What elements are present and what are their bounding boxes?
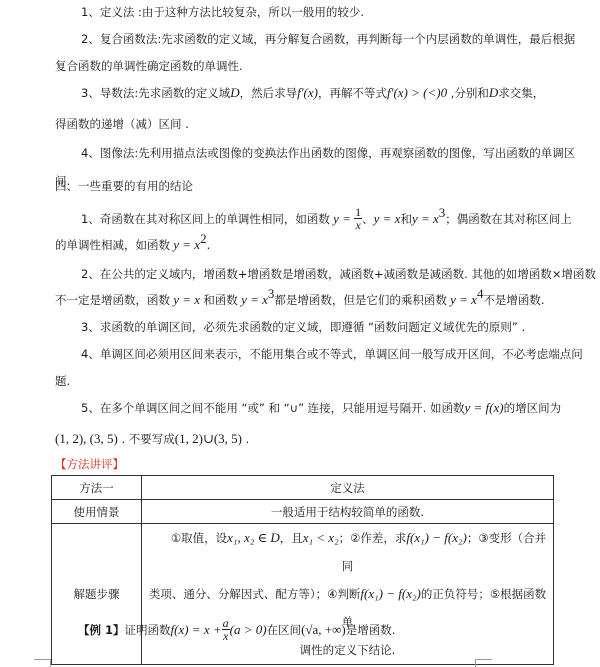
math-inequality: f′(x) > (<)0: [387, 85, 447, 100]
math-eq: y = x: [170, 292, 203, 307]
math-eq: y = x: [374, 211, 401, 226]
text: 1、奇函数在其对称区间上的单调性相同，如函数: [81, 212, 330, 226]
conclusion-5-line: 5、在多个单调区间之间不能用 “或” 和 “∪” 连接，只能用逗号隔开. 如函数…: [81, 400, 561, 416]
method-3-line: 3、导数法:先求函数的定义域D，然后求导f′(x)，再解不等式f′(x) > (…: [81, 85, 544, 101]
example-label: 【例 1】: [78, 623, 125, 637]
text: 是增函数.: [346, 623, 396, 637]
method-name: 复合函数法: [100, 32, 158, 46]
table-cell-value: 一般适用于结构较简单的函数.: [142, 500, 554, 524]
text: 和函数: [203, 293, 238, 307]
math-union: (1, 2)∪(3, 5): [175, 431, 242, 446]
math-eq: y = f(x): [465, 400, 504, 415]
text: 都是增函数，但是它们的乘积函数: [274, 293, 447, 307]
text: 、: [362, 212, 374, 226]
method-name: 导数法: [100, 86, 135, 100]
text: 证明函数: [125, 623, 171, 637]
example-1-line: 【例 1】证明函数f(x) = x +ax(a > 0)在区间(√a, +∞)是…: [78, 618, 395, 643]
math-eq: y = x: [412, 211, 439, 226]
period: .: [207, 238, 211, 252]
method-name: 图像法: [100, 146, 135, 160]
text: 的增区间为: [504, 401, 562, 415]
text: 和: [400, 212, 412, 226]
text: . 不要写成: [118, 432, 175, 446]
text: ,分别和: [447, 86, 489, 100]
fraction-denominator: x: [222, 630, 230, 642]
conclusion-4-line: 4、单调区间必须用区间来表示，不能用集合或不等式，单调区间一般写成开区间，不必考…: [81, 346, 583, 362]
math-eq: y = x: [447, 292, 477, 307]
math-eq: y = x: [170, 237, 200, 252]
method-2-continuation: 复合函数的单调性确定函数的单调性.: [55, 58, 243, 74]
conclusion-5-continuation: (1, 2), (3, 5) . 不要写成(1, 2)∪(3, 5) .: [55, 431, 249, 447]
text: 不是增函数.: [483, 293, 544, 307]
item-number: 2、: [81, 32, 100, 46]
text: ；②作差，求: [339, 531, 407, 545]
math-derivative: f′(x): [297, 85, 318, 100]
section-heading: 四、一些重要的有用的结论: [55, 178, 193, 194]
text: ，然后求导: [240, 86, 298, 100]
method-review-label: 【方法讲评】: [55, 456, 124, 472]
text: ，且: [280, 531, 303, 545]
method-1-line: 1、定义法 :由于这种方法比较复杂，所以一般用的较少.: [81, 4, 364, 20]
text: 的单调性相减，如函数: [55, 238, 170, 252]
math-expr: f(x₁) − f(x₂): [360, 586, 420, 601]
table-row: 使用情景 一般适用于结构较简单的函数.: [52, 500, 554, 524]
math-y-eq: y =: [330, 211, 354, 226]
method-3-continuation: 得函数的递增（减）区间 .: [55, 116, 189, 132]
math-expr: x₁, x₂ ∈ D: [227, 530, 280, 545]
math-interval: (√a, +∞): [301, 622, 346, 637]
math-condition: (a > 0): [230, 622, 267, 637]
text: 不一定是增函数，函数: [55, 293, 170, 307]
math-expr: x₁ < x₂: [303, 530, 339, 545]
page-corner-mark-right: [475, 659, 492, 667]
text: ；偶函数在其对称区间上: [445, 212, 572, 226]
conclusion-2-continuation: 不一定是增函数，函数 y = x 和函数 y = x3都是增函数，但是它们的乘积…: [55, 292, 545, 308]
item-number: 3、: [81, 86, 100, 100]
table-row: 方法一 定义法: [52, 476, 554, 500]
item-number: 4、: [81, 146, 100, 160]
item-number: 1、: [81, 5, 100, 19]
text: 求交集，: [498, 86, 544, 100]
conclusion-4-continuation: 题.: [55, 373, 70, 389]
math-eq: y = x: [238, 292, 268, 307]
method-text: :由于这种方法比较复杂，所以一般用的较少.: [134, 5, 364, 19]
table-row: 解题步骤 ①取值，设x₁, x₂ ∈ D，且x₁ < x₂；②作差，求f(x₁)…: [52, 524, 554, 665]
text: 在区间: [267, 623, 302, 637]
conclusion-3-line: 3、求函数的单调区间，必须先求函数的定义域，即遵循 “函数问题定义域优先的原则”…: [81, 319, 525, 335]
math-fraction: ax: [222, 617, 230, 642]
method-4-line: 4、图像法:先利用描点法或图像的变换法作出函数的图像，再观察函数的图像，写出函数…: [81, 145, 575, 161]
text: ①取值，设: [149, 531, 227, 545]
table-cell-steps: ①取值，设x₁, x₂ ∈ D，且x₁ < x₂；②作差，求f(x₁) − f(…: [142, 524, 554, 665]
table-cell-label: 方法一: [52, 476, 142, 500]
text: 5、在多个单调区间之间不能用 “或” 和 “∪” 连接，只能用逗号隔开. 如函数: [81, 401, 465, 415]
conclusion-2-line: 2、在公共的定义域内，增函数+增函数是增函数，减函数+减函数是减函数. 其他的如…: [81, 266, 596, 282]
method-name: 定义法: [100, 5, 135, 19]
math-D: D: [230, 85, 239, 100]
math-function: f(x) = x +: [171, 622, 222, 637]
conclusion-1-line: 1、奇函数在其对称区间上的单调性相同，如函数 y = 1x、y = x和y = …: [81, 207, 572, 232]
math-D: D: [489, 85, 498, 100]
method-2-line: 2、复合函数法:先求函数的定义域，再分解复合函数，再判断每一个内层函数的单调性，…: [81, 31, 575, 47]
text: ，再解不等式: [318, 86, 387, 100]
page-corner-mark-left: [34, 659, 51, 667]
text: :先求函数的定义域: [134, 86, 230, 100]
conclusion-1-continuation: 的单调性相减，如函数 y = x2.: [55, 237, 210, 253]
fraction-denominator: x: [354, 219, 362, 231]
table-cell-label: 使用情景: [52, 500, 142, 524]
text: 类项、通分、分解因式、配方等）；④判断: [149, 587, 361, 601]
method-text: :先求函数的定义域，再分解复合函数，再判断每一个内层函数的单调性，最后根据: [157, 32, 575, 46]
table-cell-label: 解题步骤: [52, 524, 142, 665]
math-expr: f(x₁) − f(x₂): [406, 530, 466, 545]
text: .: [242, 432, 249, 446]
math-intervals: (1, 2), (3, 5): [55, 431, 118, 446]
table-cell-value: 定义法: [142, 476, 554, 500]
method-text: :先利用描点法或图像的变换法作出函数的图像，再观察函数的图像，写出函数的单调区: [134, 146, 575, 160]
math-fraction: 1x: [354, 206, 362, 231]
